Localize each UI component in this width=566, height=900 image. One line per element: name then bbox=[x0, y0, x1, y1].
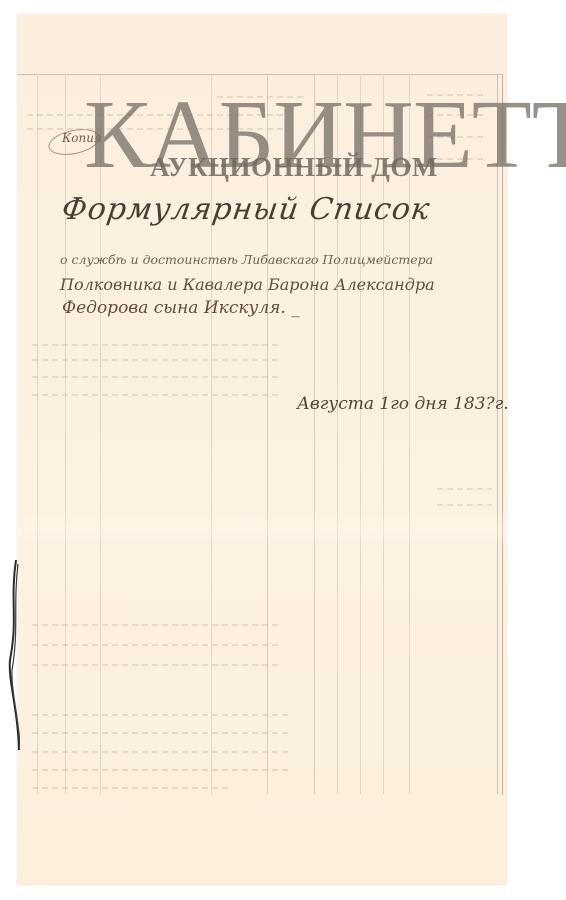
show-through-text bbox=[32, 769, 292, 771]
show-through-text bbox=[427, 136, 487, 138]
table-column-rule bbox=[409, 74, 410, 794]
show-through-text bbox=[32, 751, 292, 753]
binding-thread bbox=[6, 560, 20, 750]
document-title: Формулярный Список bbox=[60, 192, 433, 227]
show-through-text bbox=[32, 732, 292, 734]
document-date: Августа 1го дня 183?г. bbox=[297, 394, 509, 414]
table-column-rule bbox=[100, 74, 101, 794]
show-through-text bbox=[27, 114, 287, 116]
document-viewer: Копия Формулярный Список о службѣ и дост… bbox=[0, 0, 566, 900]
table-column-rule bbox=[267, 74, 268, 794]
subject-line-2: Полковника и Кавалера Барона Александра bbox=[60, 275, 435, 294]
table-column-rule bbox=[337, 74, 338, 794]
show-through-text bbox=[427, 158, 487, 160]
show-through-text bbox=[437, 504, 492, 506]
subject-line-1: о службѣ и достоинствѣ Либавскаго Полицм… bbox=[60, 252, 433, 267]
show-through-text bbox=[32, 714, 292, 716]
copy-mark: Копия bbox=[62, 131, 102, 145]
show-through-text bbox=[32, 394, 282, 396]
table-column-rule bbox=[360, 74, 361, 794]
table-column-rule bbox=[497, 74, 498, 794]
show-through-text bbox=[27, 128, 287, 130]
show-through-text bbox=[32, 344, 282, 346]
show-through-text bbox=[427, 114, 487, 116]
ruled-table-frame bbox=[17, 74, 503, 795]
show-through-text bbox=[32, 359, 282, 361]
show-through-text bbox=[32, 787, 232, 789]
table-column-rule bbox=[383, 74, 384, 794]
table-column-rule bbox=[211, 74, 212, 794]
subject-line-3: Федорова сына Икскуля. _ bbox=[62, 298, 300, 318]
show-through-text bbox=[32, 644, 282, 646]
show-through-text bbox=[32, 376, 282, 378]
show-through-text bbox=[217, 96, 307, 98]
show-through-text bbox=[32, 664, 282, 666]
show-through-text bbox=[437, 488, 492, 490]
show-through-text bbox=[32, 624, 282, 626]
show-through-text bbox=[427, 94, 487, 96]
table-column-rule bbox=[65, 74, 66, 794]
table-column-rule bbox=[37, 74, 38, 794]
table-column-rule bbox=[314, 74, 315, 794]
